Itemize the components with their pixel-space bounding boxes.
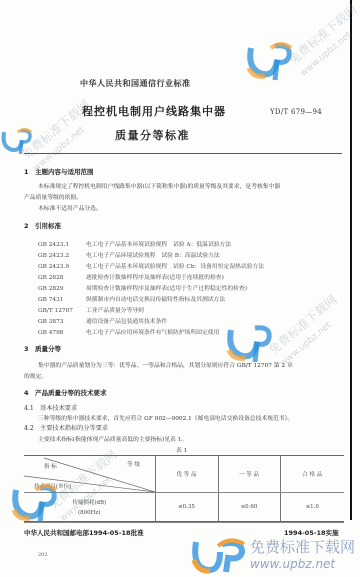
reference-item: GB 7431纵横制市内自动电话交换局传输特性指标及其测试方法 — [38, 294, 225, 303]
watermark-text: 免费标准下载网www.upbz.net — [285, 1, 360, 79]
reference-item: GB 2423.9电工电子产品基本环境试验规程 试验 Cb：设备用恒定湿热试验方… — [38, 261, 264, 270]
header-grade-label: 等 级 — [127, 460, 140, 468]
subsection-4-2-heading: 4.2 主要技术指标的分等要求 — [24, 423, 108, 432]
section-1-para-3: 本标准不适用产品分选。 — [38, 203, 102, 212]
row-value: ≤0.35 — [155, 493, 218, 522]
header-divider — [24, 153, 342, 154]
row-value: ≤1.0 — [280, 493, 344, 522]
reference-item: GB 4798电工电子产品应用环境条件有气候防护场所固定使用 — [38, 327, 219, 336]
brand-site-name: 免费标准下载网 — [250, 536, 355, 557]
reference-item: GB 2423.1电工电子产品基本环境试验规程 试验 A：低温试验方法 — [38, 239, 231, 248]
section-2-heading: 2 引用标准 — [24, 221, 61, 230]
section-1-para-1: 本标准规定了程控机电制用户线路集中器(以下简称集中器)的质量等级及其要求，是考核… — [38, 181, 280, 190]
up-logo-icon — [10, 478, 60, 528]
section-4-heading: 4 产品质量分等的技术要求 — [24, 388, 107, 397]
reference-item: GB/T 12707工业产品质量分等导则 — [38, 305, 144, 314]
scan-edge-line — [350, 0, 352, 520]
up-logo-icon — [245, 40, 295, 82]
reference-item: GB 2828逐批检查计数抽样程序及抽样表(适用于连续批的检查) — [38, 272, 224, 281]
approval-line: 中华人民共和国邮电部1994-05-18批准 — [24, 528, 144, 537]
reference-item: GB 2829周期检查计数抽样程序及抽样表(适用于生产过程稳定性的检查) — [38, 283, 247, 292]
document-title-line1: 程控机电制用户线路集中器 — [82, 103, 226, 119]
column-header: 一 等 品 — [218, 456, 280, 493]
watermark-text: 免费标准下载网www.upbz.net — [265, 291, 349, 369]
document-page: 中华人民共和国通信行业标准 程控机电制用户线路集中器 YD/T 679—94 质… — [0, 0, 360, 577]
column-header: 合 格 品 — [280, 456, 344, 493]
issuing-organization: 中华人民共和国通信行业标准 — [80, 78, 191, 89]
column-header: 优 等 品 — [155, 456, 218, 493]
subsection-4-2-text: 主要技术指标(指能体现产品质量高低的主要指标)见表 1。 — [38, 434, 187, 443]
brand-site-url: www.upbz.net — [250, 557, 335, 571]
row-value: ≤0.60 — [218, 493, 280, 522]
section-3-para-2: 的规定。 — [24, 371, 47, 380]
section-3-heading: 3 质量分等 — [24, 344, 61, 353]
up-brand-logo-icon — [192, 538, 248, 574]
standard-code: YD/T 679—94 — [270, 108, 322, 116]
header-index-label: 指 标 — [44, 462, 57, 470]
table-caption: 表 1 — [176, 445, 187, 454]
subsection-4-1-text: 三种等级的集中器技术要求，首先应符合 GF 002—9002.1《邮电部电话交换… — [38, 413, 293, 422]
reference-item: GB 2423.2电工电子产品环境试验规程 试验 B：高温试验方法 — [38, 250, 220, 259]
reference-item: GB 3873通信设备产品包装通用技术条件 — [38, 316, 167, 325]
page-number: 202 — [38, 552, 48, 558]
up-logo-icon — [0, 120, 34, 162]
up-logo-icon — [225, 322, 275, 364]
document-title-line2: 质量分等标准 — [115, 127, 190, 143]
section-1-para-2: 产品质量等级的依据。 — [24, 192, 82, 201]
table-bottom-rule — [24, 521, 344, 523]
subsection-4-1-heading: 4.1 基本技术要求 — [24, 403, 77, 412]
